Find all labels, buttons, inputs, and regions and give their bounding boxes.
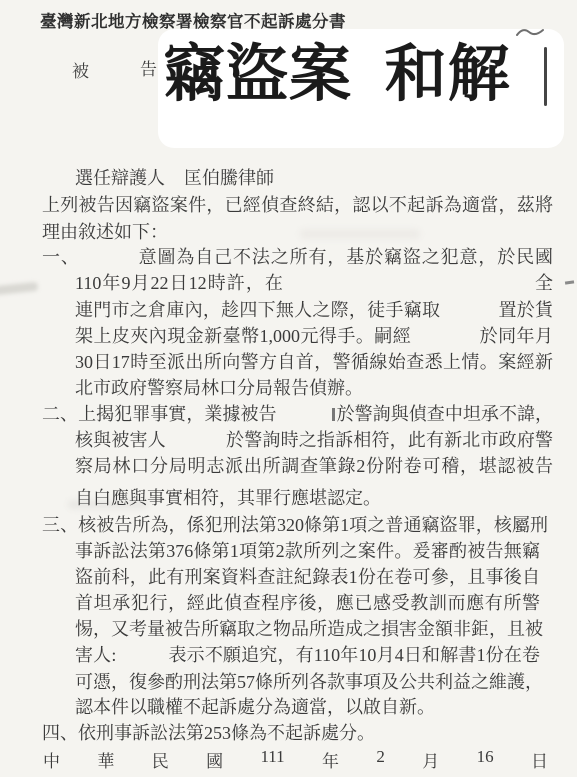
body-line: 害人:表示不願追究，有110年10月4日和解書1份在卷 (75, 644, 540, 666)
counsel-line: 選任辯護人匡伯騰律師 (75, 167, 274, 189)
document-page: 臺灣新北地方檢察署檢察官不起訴處分書 被 告 竊盜案 和解 選任辯護人匡伯騰律師… (0, 0, 577, 777)
body-line: 事訴訟法第376條第1項第2款所列之案件。爰審酌被告無竊 (75, 540, 540, 562)
redaction-remnant-colon: : (111, 645, 116, 665)
date-token: 111 (260, 747, 284, 772)
scan-smudge (300, 229, 420, 239)
item-number: 三、 (42, 515, 78, 535)
item-number: 二、 (42, 404, 78, 424)
date-token: 民 (152, 747, 169, 772)
body-line: 首坦承犯行，經此偵查程序後，應已感受教訓而應有所警 (75, 592, 540, 614)
date-token: 年 (322, 747, 339, 772)
body-line: 一、意圖為自己不法之所有，基於竊盜之犯意，於民國 (42, 246, 553, 268)
vertical-mark (544, 47, 547, 106)
redaction-blank (440, 314, 498, 316)
date-token: 16 (477, 747, 494, 772)
body-line: 連門市之倉庫內，趁四下無人之際，徒手竊取置於貨 (75, 299, 553, 321)
body-line: 110年9月22日12時許，在全 (75, 272, 553, 294)
body-line: 惕，又考量被告所竊取之物品所造成之損害金額非鉅，且被 (75, 618, 540, 640)
redaction-blank (284, 287, 534, 289)
date-line: 中 華 民 國 111 年 2 月 16 日 (43, 747, 548, 772)
squiggle-pen-mark (516, 26, 544, 39)
body-line: 核與被害人於警詢時之指訴相符，此有新北市政府警 (75, 429, 553, 451)
redaction-blank (116, 659, 168, 661)
scan-dash-artifact (565, 280, 574, 284)
redaction-blank (166, 444, 226, 446)
counsel-role: 選任辯護人 (75, 168, 165, 188)
body-line: 自白應與事實相符，其罪行應堪認定。 (75, 487, 381, 509)
body-line: 理由敘述如下： (42, 221, 168, 243)
settlement-stamp-text: 竊盜案 和解 (163, 40, 511, 108)
body-line: 可憑，復參酌刑法第57條所列各款事項及公共利益之維護， (75, 671, 540, 693)
item-number: 一、 (42, 247, 80, 267)
redaction-blank (411, 340, 479, 342)
body-line: 三、核被告所為，係犯刑法第320條第1項之普通竊盜罪，核屬刑 (42, 514, 548, 536)
body-line: 北市政府警察局林口分局報告偵辦。 (75, 377, 363, 399)
defendant-label-left: 被 (72, 57, 89, 82)
body-line: 架上皮夾內現金新臺幣1,000元得手。嗣經於同年月 (75, 325, 553, 347)
counsel-name: 匡伯騰律師 (184, 168, 274, 188)
date-token: 日 (531, 747, 548, 772)
redaction-remnant-mark (332, 408, 335, 421)
body-line: 30日17時至派出所向警方自首，警循線始查悉上情。案經新 (75, 351, 553, 373)
redaction-blank (80, 261, 138, 263)
date-token: 中 (43, 747, 60, 772)
date-token: 華 (97, 747, 114, 772)
body-line: 察局林口分局明志派出所調查筆錄2份附卷可稽，堪認被告 (75, 455, 553, 477)
date-token: 2 (376, 747, 385, 772)
body-line: 盜前科，此有刑案資料查註紀錄表1份在卷可參，且事後自 (75, 566, 540, 588)
date-token: 國 (206, 747, 223, 772)
defendant-label-right: 告 (140, 55, 157, 80)
body-line: 二、上揭犯罪事實，業據被告於警詢與偵查中坦承不諱， (42, 403, 553, 425)
body-line: 上列被告因竊盜案件，已經偵查終結，認以不起訴為適當，茲將 (42, 194, 553, 216)
body-line: 四、依刑事訴訟法第253條為不起訴處分。 (42, 722, 375, 744)
scan-smudge (0, 282, 38, 296)
date-token: 月 (422, 747, 439, 772)
item-number: 四、 (42, 723, 78, 743)
redaction-blank (277, 418, 332, 420)
body-line: 認本件以職權不起訴處分為適當，以啟自新。 (75, 696, 435, 718)
